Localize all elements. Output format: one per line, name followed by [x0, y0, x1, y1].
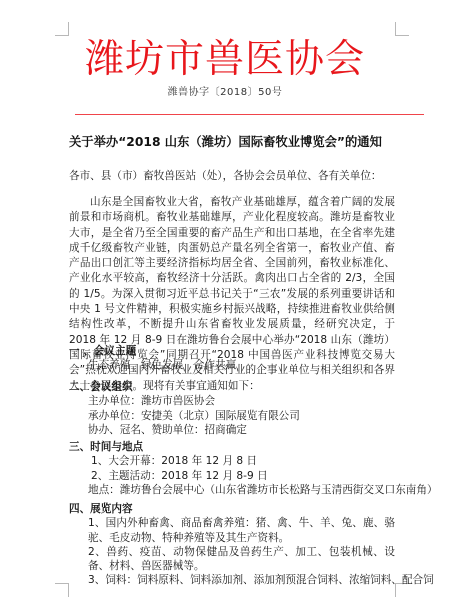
section-item: 2、主题活动：2018 年 12 月 8-9 日: [69, 469, 438, 483]
crop-mark-top-right: [395, 22, 409, 36]
crop-mark-bottom-left: [55, 583, 69, 597]
section-item: 承办单位：安捷美（北京）国际展览有限公司: [69, 409, 300, 423]
letterhead-divider: [75, 114, 424, 115]
section-theme: 一 、会议主题 生态养殖 绿色发展 合作共赢: [69, 344, 236, 373]
section-organization: 二、会议组织 主办单位：潍坊市兽医协会 承办单位：安捷美（北京）国际展览有限公司…: [69, 380, 300, 437]
salutation: 各市、县（市）畜牧兽医站（处），各协会会员单位、各有关单位：: [69, 169, 382, 183]
section-item: 生态养殖 绿色发展 合作共赢: [69, 358, 236, 372]
section-exhibition-content: 四、展览内容 1、国内外种畜禽、商品畜禽养殖：猪、禽、牛、羊、兔、鹿、骆驼、毛皮…: [69, 502, 434, 588]
section-heading: 二、会议组织: [69, 380, 300, 394]
section-item: 2、兽药、疫苗、动物保健品及兽药生产、加工、包装机械、设备、材料、兽医器械等。: [69, 545, 395, 574]
section-item: 主办单位：潍坊市兽医协会: [69, 394, 300, 408]
section-item: 1、大会开幕：2018 年 12 月 8 日: [69, 454, 438, 468]
crop-mark-top-left: [55, 22, 69, 36]
document-number: 潍兽协字〔2018〕50号: [0, 87, 450, 99]
section-item: 地点：潍坊鲁台会展中心（山东省潍坊市长松路与玉清西街交叉口东南角）: [69, 483, 438, 497]
letterhead-organization: 潍坊市兽医协会: [0, 38, 450, 82]
section-item: 协办、冠名、赞助单位：招商确定: [69, 423, 300, 437]
section-time-location: 三、时间与地点 1、大会开幕：2018 年 12 月 8 日 2、主题活动：20…: [69, 440, 438, 497]
section-heading: 一 、会议主题: [69, 344, 236, 358]
section-heading: 四、展览内容: [69, 502, 434, 516]
notice-title: 关于举办“2018 山东（潍坊）国际畜牧业博览会”的通知: [69, 134, 382, 150]
section-item: 3、饲料：饲料原料、饲料添加剂、添加剂预混合饲料、浓缩饲料、配合饲: [69, 573, 434, 587]
section-heading: 三、时间与地点: [69, 440, 438, 454]
section-item: 1、国内外种畜禽、商品畜禽养殖：猪、禽、牛、羊、兔、鹿、骆驼、毛皮动物、特种养殖…: [69, 516, 395, 545]
